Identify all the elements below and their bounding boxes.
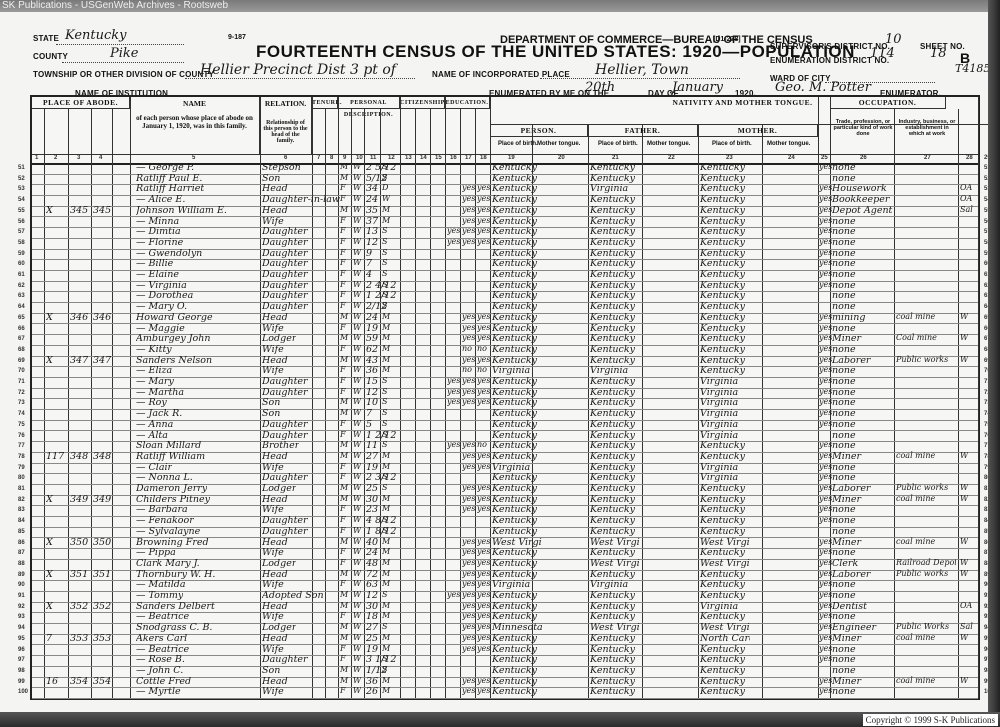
age-cell: 35: [366, 205, 378, 216]
marital-status-cell: S: [382, 419, 387, 428]
father-birthplace-cell: West Virginia: [590, 537, 640, 548]
can-read-cell: yes: [462, 323, 475, 332]
age-cell: 40: [366, 537, 378, 548]
column-number: 24: [788, 155, 795, 161]
industry-cell: Railroad Depot: [896, 558, 956, 567]
line-number-left: 97: [18, 657, 25, 663]
marital-status-cell: S: [382, 515, 387, 524]
line-number-left: 73: [18, 400, 25, 406]
trade-cell: none: [832, 258, 894, 269]
speaks-english-cell: yes: [819, 269, 832, 278]
marital-status-cell: S: [382, 301, 387, 310]
column-number: 18: [480, 155, 487, 161]
speaks-english-cell: yes: [819, 205, 832, 214]
race-cell: W: [353, 611, 361, 620]
birthplace-cell: Kentucky: [492, 397, 542, 408]
census-table: PLACE OF ABODE. NAME of each person whos…: [30, 95, 980, 700]
trade-cell: none: [832, 665, 894, 676]
enumerator-name: Geo. M. Potter: [775, 80, 871, 95]
race-cell: W: [353, 440, 361, 449]
birthplace-cell: Kentucky: [492, 633, 542, 644]
person-name-cell: — Myrtle: [136, 686, 181, 697]
dwelling-no-cell: 345: [70, 205, 88, 216]
mother-birthplace-cell: Kentucky: [700, 686, 750, 697]
sex-cell: F: [340, 686, 346, 695]
can-write-cell: yes: [477, 387, 490, 396]
race-cell: W: [353, 280, 361, 289]
marital-status-cell: M: [382, 355, 390, 364]
can-write-cell: yes: [477, 194, 490, 203]
birthplace-cell: Kentucky: [492, 547, 542, 558]
column-number: 1: [35, 155, 38, 161]
trade-cell: none: [832, 654, 894, 665]
relation-cell: Son: [262, 665, 280, 676]
can-write-cell: yes: [477, 504, 490, 513]
relation-cell: Daughter: [262, 526, 308, 537]
person-name-cell: — John C.: [136, 665, 183, 676]
marital-status-cell: S: [382, 590, 387, 599]
marital-status-cell: M: [382, 344, 390, 353]
line-number-left: 70: [18, 368, 25, 374]
group-person: PERSON.: [490, 125, 588, 137]
father-birthplace-cell: Kentucky: [590, 451, 640, 462]
trade-cell: mining: [832, 312, 894, 323]
speaks-english-cell: yes: [819, 216, 832, 225]
age-cell: 25: [366, 633, 378, 644]
mother-birthplace-cell: West Virginia: [700, 537, 750, 548]
marital-status-cell: S: [382, 397, 387, 406]
marital-status-cell: M: [382, 601, 390, 610]
marital-status-cell: S: [382, 408, 387, 417]
person-name-cell: Clark Mary J.: [136, 558, 200, 569]
person-name-cell: — Florine: [136, 237, 183, 248]
can-write-cell: yes: [477, 579, 490, 588]
trade-cell: none: [832, 162, 894, 173]
father-birthplace-cell: Kentucky: [590, 194, 640, 205]
can-read-cell: yes: [462, 569, 475, 578]
father-birthplace-cell: Kentucky: [590, 515, 640, 526]
sex-cell: F: [340, 430, 346, 439]
sex-cell: M: [340, 333, 348, 342]
sex-cell: M: [340, 205, 348, 214]
can-write-cell: yes: [477, 644, 490, 653]
marital-status-cell: S: [382, 483, 387, 492]
person-name-cell: Johnson William E.: [136, 205, 227, 216]
can-write-cell: yes: [477, 323, 490, 332]
trade-cell: Laborer: [832, 569, 894, 580]
can-read-cell: yes: [462, 601, 475, 610]
industry-cell: Public works: [896, 483, 956, 492]
line-number-left: 55: [18, 208, 25, 214]
person-name-cell: — Martha: [136, 387, 184, 398]
group-education: EDUCATION.: [445, 97, 490, 109]
trade-cell: none: [832, 344, 894, 355]
speaks-english-cell: yes: [819, 194, 832, 203]
group-father: FATHER.: [588, 125, 698, 137]
industry-cell: Coal mine: [896, 333, 956, 342]
race-cell: W: [353, 376, 361, 385]
birthplace-cell: Kentucky: [492, 515, 542, 526]
race-cell: W: [353, 483, 361, 492]
speaks-english-cell: yes: [819, 162, 832, 171]
line-number-left: 62: [18, 283, 25, 289]
sex-cell: F: [340, 301, 346, 310]
line-number-left: 95: [18, 636, 25, 642]
father-birthplace-cell: Kentucky: [590, 440, 640, 451]
employment-class-cell: W: [960, 558, 968, 567]
col-relation-header: RELATION. Relationship of this person to…: [260, 97, 312, 154]
person-name-cell: — Mary O.: [136, 301, 187, 312]
mother-birthplace-cell: Virginia: [700, 462, 750, 473]
race-cell: W: [353, 344, 361, 353]
age-cell: 36: [366, 676, 378, 687]
industry-cell: Public works: [896, 569, 956, 578]
line-number-left: 99: [18, 679, 25, 685]
column-number: 8: [330, 155, 333, 161]
employment-class-cell: W: [960, 483, 968, 492]
trade-cell: none: [832, 579, 894, 590]
relation-group-label: RELATION.: [260, 97, 311, 108]
relation-cell: Head: [262, 183, 288, 194]
trade-cell: none: [832, 387, 894, 398]
sex-cell: F: [340, 226, 346, 235]
father-birthplace-cell: Kentucky: [590, 333, 640, 344]
father-birthplace-cell: Kentucky: [590, 633, 640, 644]
sex-cell: F: [340, 558, 346, 567]
trade-cell: none: [832, 280, 894, 291]
father-birthplace-cell: Kentucky: [590, 686, 640, 697]
person-name-cell: Cottle Fred: [136, 676, 191, 687]
race-cell: W: [353, 537, 361, 546]
industry-cell: coal mine: [896, 676, 956, 685]
mother-birthplace-cell: Kentucky: [700, 194, 750, 205]
person-name-cell: — Roy: [136, 397, 167, 408]
trade-cell: none: [832, 301, 894, 312]
sex-cell: F: [340, 419, 346, 428]
birthplace-cell: Kentucky: [492, 483, 542, 494]
family-no-cell: 354: [93, 676, 111, 687]
line-number-left: 75: [18, 422, 25, 428]
sex-cell: M: [340, 590, 348, 599]
line-number-left: 84: [18, 518, 25, 524]
line-number-left: 76: [18, 433, 25, 439]
mother-birthplace-cell: Kentucky: [700, 590, 750, 601]
person-name-cell: — Nonna L.: [136, 472, 193, 483]
birthplace-cell: Kentucky: [492, 494, 542, 505]
race-cell: W: [353, 590, 361, 599]
father-birthplace-cell: Kentucky: [590, 644, 640, 655]
sex-cell: M: [340, 451, 348, 460]
father-birthplace-cell: Kentucky: [590, 590, 640, 601]
marital-status-cell: D: [382, 183, 388, 192]
column-number: 25: [821, 155, 828, 161]
trade-cell: Laborer: [832, 483, 894, 494]
trade-cell: Miner: [832, 676, 894, 687]
trade-cell: none: [832, 323, 894, 334]
school-cell: yes: [447, 376, 460, 385]
can-read-cell: no: [462, 344, 472, 353]
relation-desc: Relationship of this person to the head …: [260, 108, 311, 144]
incorporated-value: Hellier, Town: [595, 62, 689, 78]
can-read-cell: yes: [462, 494, 475, 503]
mother-birthplace-cell: Kentucky: [700, 269, 750, 280]
mother-birthplace-cell: Kentucky: [700, 237, 750, 248]
can-read-cell: yes: [462, 686, 475, 695]
person-name-cell: — Billie: [136, 258, 173, 269]
mother-birthplace-cell: Kentucky: [700, 365, 750, 376]
can-write-cell: yes: [477, 462, 490, 471]
person-name-cell: Sanders Nelson: [136, 355, 212, 366]
race-cell: W: [353, 365, 361, 374]
can-write-cell: yes: [477, 333, 490, 342]
sex-cell: F: [340, 515, 346, 524]
race-cell: W: [353, 558, 361, 567]
trade-cell: none: [832, 365, 894, 376]
township-value: Hellier Precinct Dist 3 pt of: [200, 62, 396, 78]
column-number: 7: [317, 155, 320, 161]
relation-cell: Daughter: [262, 419, 308, 430]
sheet-value: 18: [930, 46, 947, 61]
can-write-cell: yes: [477, 537, 490, 546]
person-name-cell: — Dimtia: [136, 226, 181, 237]
speaks-english-cell: yes: [819, 644, 832, 653]
father-birthplace-cell: Kentucky: [590, 216, 640, 227]
person-name-cell: — Virginia: [136, 280, 187, 291]
line-number-left: 74: [18, 411, 25, 417]
father-birthplace-cell: Kentucky: [590, 462, 640, 473]
marital-status-cell: S: [382, 258, 387, 267]
school-cell: yes: [447, 237, 460, 246]
can-write-cell: yes: [477, 547, 490, 556]
can-read-cell: yes: [462, 462, 475, 471]
birthplace-cell: West Virginia: [492, 537, 542, 548]
age-cell: 27: [366, 622, 378, 633]
father-birthplace-cell: Kentucky: [590, 494, 640, 505]
birthplace-cell: Kentucky: [492, 504, 542, 515]
watermark-bar: SK Publications - USGenWeb Archives - Ro…: [0, 0, 1000, 12]
line-number-left: 100: [18, 689, 28, 695]
mother-birthplace-cell: Kentucky: [700, 504, 750, 515]
can-write-cell: yes: [477, 183, 490, 192]
birthplace-cell: Kentucky: [492, 472, 542, 483]
employment-class-cell: W: [960, 312, 968, 321]
speaks-english-cell: yes: [819, 258, 832, 267]
line-number-left: 66: [18, 326, 25, 332]
column-number: 14: [420, 155, 427, 161]
mother-birthplace-cell: Kentucky: [700, 526, 750, 537]
sex-cell: F: [340, 216, 346, 225]
birthplace-cell: Kentucky: [492, 419, 542, 430]
relation-cell: Daughter: [262, 258, 308, 269]
mother-birthplace-cell: Virginia: [700, 387, 750, 398]
line-number-left: 91: [18, 593, 25, 599]
trade-cell: Miner: [832, 633, 894, 644]
relation-cell: Head: [262, 494, 288, 505]
county-label: COUNTY: [33, 52, 68, 61]
sex-cell: F: [340, 258, 346, 267]
father-birthplace-cell: Kentucky: [590, 301, 640, 312]
age-cell: 48: [366, 558, 378, 569]
employment-class-cell: Sal: [960, 205, 973, 214]
person-name-cell: Sanders Delbert: [136, 601, 215, 612]
marital-status-cell: M: [382, 323, 390, 332]
race-cell: W: [353, 601, 361, 610]
father-birthplace-cell: Kentucky: [590, 569, 640, 580]
can-write-cell: yes: [477, 633, 490, 642]
column-number: 28: [966, 155, 973, 161]
father-birthplace-cell: Kentucky: [590, 323, 640, 334]
line-number-left: 78: [18, 454, 25, 460]
mark-cell: X: [46, 355, 53, 366]
birthplace-cell: Kentucky: [492, 248, 542, 259]
trade-cell: none: [832, 408, 894, 419]
col-name-header: NAME of each person whose place of abode…: [130, 97, 260, 154]
birthplace-cell: Kentucky: [492, 216, 542, 227]
trade-cell: none: [832, 430, 894, 441]
race-cell: W: [353, 569, 361, 578]
speaks-english-cell: yes: [819, 483, 832, 492]
birthplace-cell: Kentucky: [492, 526, 542, 537]
birthplace-cell: Kentucky: [492, 590, 542, 601]
mother-birthplace-cell: West Virginia: [700, 558, 750, 569]
mother-birthplace-cell: North Carolina: [700, 633, 750, 644]
mother-birthplace-cell: Kentucky: [700, 280, 750, 291]
can-write-cell: yes: [477, 622, 490, 631]
father-birthplace-cell: Kentucky: [590, 387, 640, 398]
speaks-english-cell: yes: [819, 676, 832, 685]
marital-status-cell: S: [382, 440, 387, 449]
race-cell: W: [353, 323, 361, 332]
age-cell: 15: [366, 376, 378, 387]
father-birthplace-cell: Kentucky: [590, 430, 640, 441]
family-no-cell: 345: [93, 205, 111, 216]
birthplace-cell: Kentucky: [492, 644, 542, 655]
mother-birthplace-cell: Kentucky: [700, 483, 750, 494]
father-birthplace-cell: West Virginia: [590, 558, 640, 569]
speaks-english-cell: yes: [819, 248, 832, 257]
person-name-cell: — Matilda: [136, 579, 186, 590]
line-number-left: 85: [18, 529, 25, 535]
age-cell: 63: [366, 579, 378, 590]
birthplace-cell: Kentucky: [492, 237, 542, 248]
can-read-cell: yes: [462, 644, 475, 653]
sex-cell: M: [340, 537, 348, 546]
speaks-english-cell: yes: [819, 376, 832, 385]
trade-cell: none: [832, 290, 894, 301]
mother-birthplace-cell: Kentucky: [700, 494, 750, 505]
relation-cell: Wife: [262, 462, 284, 473]
marital-status-cell: M: [382, 558, 390, 567]
column-number: 5: [192, 155, 195, 161]
dwelling-no-cell: 351: [70, 569, 88, 580]
relation-cell: Son: [262, 173, 280, 184]
mark-cell: X: [46, 205, 53, 216]
age-cell: 24: [366, 312, 378, 323]
age-cell: 19: [366, 644, 378, 655]
trade-cell: none: [832, 504, 894, 515]
can-read-cell: yes: [462, 590, 475, 599]
sex-cell: M: [340, 173, 348, 182]
column-number: 16: [450, 155, 457, 161]
sex-cell: F: [340, 579, 346, 588]
school-cell: yes: [447, 590, 460, 599]
line-number-left: 67: [18, 336, 25, 342]
person-name-cell: Dameron Jerry: [136, 483, 207, 494]
age-cell: 12: [366, 237, 378, 248]
father-birthplace-cell: Virginia: [590, 365, 640, 376]
speaks-english-cell: yes: [819, 226, 832, 235]
industry-cell: coal mine: [896, 494, 956, 503]
age-cell: 18: [366, 611, 378, 622]
marital-status-cell: S: [382, 290, 387, 299]
relation-cell: Daughter: [262, 269, 308, 280]
speaks-english-cell: yes: [819, 419, 832, 428]
father-birthplace-cell: Kentucky: [590, 162, 640, 173]
can-read-cell: yes: [462, 547, 475, 556]
mother-birthplace-cell: Kentucky: [700, 355, 750, 366]
line-number-left: 65: [18, 315, 25, 321]
line-number-left: 63: [18, 293, 25, 299]
father-birthplace-cell: Kentucky: [590, 676, 640, 687]
person-name-cell: Ratliff Paul E.: [136, 173, 202, 184]
mother-birth-label: Place of birth.: [712, 141, 752, 147]
birthplace-cell: Kentucky: [492, 558, 542, 569]
father-birthplace-cell: Kentucky: [590, 269, 640, 280]
speaks-english-cell: yes: [819, 579, 832, 588]
father-birth-label: Place of birth.: [598, 141, 638, 147]
relation-cell: Head: [262, 633, 288, 644]
race-cell: W: [353, 216, 361, 225]
birthplace-cell: Kentucky: [492, 676, 542, 687]
relation-cell: Head: [262, 601, 288, 612]
birthplace-cell: Kentucky: [492, 194, 542, 205]
line-number-left: 98: [18, 668, 25, 674]
race-cell: W: [353, 290, 361, 299]
sex-cell: F: [340, 194, 346, 203]
speaks-english-cell: yes: [819, 504, 832, 513]
birthplace-cell: Kentucky: [492, 205, 542, 216]
relation-cell: Head: [262, 355, 288, 366]
birthplace-cell: Kentucky: [492, 226, 542, 237]
birthplace-cell: Virginia: [492, 579, 542, 590]
employment-class-cell: W: [960, 355, 968, 364]
margin-note: T4185: [955, 62, 990, 75]
father-birthplace-cell: Kentucky: [590, 397, 640, 408]
birthplace-cell: Kentucky: [492, 355, 542, 366]
mother-birthplace-cell: Kentucky: [700, 301, 750, 312]
mother-birthplace-cell: Kentucky: [700, 216, 750, 227]
person-name-cell: — Alice E.: [136, 194, 185, 205]
sex-cell: M: [340, 397, 348, 406]
birthplace-cell: Kentucky: [492, 269, 542, 280]
supervisor-value: 10: [885, 32, 902, 47]
sex-cell: F: [340, 644, 346, 653]
race-cell: W: [353, 419, 361, 428]
birthplace-cell: Kentucky: [492, 162, 542, 173]
can-write-cell: yes: [477, 451, 490, 460]
mark-cell: X: [46, 601, 53, 612]
trade-cell: none: [832, 226, 894, 237]
county-value: Pike: [110, 46, 138, 61]
line-number-left: 54: [18, 197, 25, 203]
column-number: 3: [77, 155, 80, 161]
can-read-cell: yes: [462, 483, 475, 492]
race-cell: W: [353, 248, 361, 257]
relation-cell: Wife: [262, 579, 284, 590]
mark-cell: X: [46, 312, 53, 323]
mother-birthplace-cell: Kentucky: [700, 173, 750, 184]
marital-status-cell: M: [382, 365, 390, 374]
